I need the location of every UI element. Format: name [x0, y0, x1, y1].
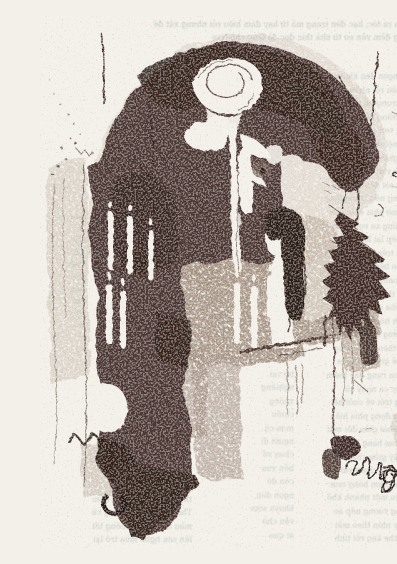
band-right-wash [302, 310, 380, 346]
bleed-text-line: chữ nhòe theo giấy mỏng [288, 342, 397, 356]
figure-hair [265, 207, 306, 321]
bleed-text-line: những hàng nến trắng lặng [288, 192, 397, 206]
arch-ink-mass [96, 43, 377, 267]
figure-body-cutout [267, 252, 295, 348]
rose-spiral-line [207, 65, 252, 98]
candle-flame [149, 219, 153, 226]
arch-left-low-dark [109, 172, 179, 270]
branch-bud [375, 62, 378, 65]
column-wash [192, 356, 242, 481]
left-eye-outline [356, 164, 370, 168]
bleed-text-line: và đám hiệu rồi những xút [288, 84, 397, 98]
bleed-text-line: câu thơ cũ viết cho mùa [288, 165, 397, 179]
candle-flame [107, 272, 111, 280]
cheek-shade-stroke [392, 186, 397, 189]
signature-dot [359, 431, 361, 433]
left-column-ink-mass [88, 163, 192, 534]
bleed-text-line: màu tro lẫn vào bóng tối [42, 520, 192, 533]
rose-stem-cutout [228, 122, 242, 274]
bleed-text-line: ai hát khúc ca ngày cũ [288, 383, 397, 397]
bleed-text-line: về [40, 223, 86, 235]
bleed-text-line: câu [40, 295, 86, 307]
arch-inner-branch [140, 100, 156, 178]
left-strip-wash [46, 158, 90, 384]
bleed-text-line: chờ mùa trăng năm cũ [288, 111, 397, 125]
candle-stick [127, 216, 133, 274]
table-edge [240, 316, 355, 356]
bottom-left-white-oval [85, 383, 128, 432]
hatch-stroke [330, 224, 376, 296]
left-eye-pupil [360, 163, 363, 166]
bottom-left-triangle-mass [114, 464, 200, 540]
bleed-through-text-right-column: bên hiên ngọn đèn khuyavà đám hiệu rồi n… [288, 70, 397, 546]
bleed-text-line: mắt buồn theo khói sương [288, 288, 397, 302]
candle-stick [234, 282, 240, 344]
wash-layer [46, 34, 397, 498]
signature-side-blob [321, 448, 340, 477]
speck [69, 137, 71, 139]
bleed-text-line: gió [40, 271, 86, 283]
rose-petal-arc-right [238, 94, 254, 110]
bleed-text-line: nến thắp hai hàng lặng lẽ [288, 437, 397, 451]
bleed-text-line: dáng ai gầy giữa chiều phai [288, 451, 397, 465]
bleed-text-line: lối mòn hoa rụng đầy thềm [288, 369, 397, 383]
candle-stick [281, 272, 286, 298]
bleed-text-line: bến [40, 235, 86, 247]
candle-flame [128, 204, 132, 211]
drip-diagonal [354, 380, 368, 392]
bleed-through-text-center-column: bờ vainghiêngxuốngchiềumưa cũngười đichư… [190, 368, 294, 542]
signature-flourish [383, 466, 397, 482]
bleed-text-line: mỗi trong đêm vẫn eo từ nhà thư, đọc đà … [125, 31, 397, 44]
bleed-text-line: con đò neo bến quạnh hiu [288, 260, 397, 274]
white-rose [192, 58, 262, 131]
bleed-through-text-left-margin: mưavềbếnxưachiềugiólặngcâuthơcũ [40, 211, 86, 331]
bleed-text-line: vàng phai trên tóc tháng [288, 247, 397, 261]
bleed-text-line: khói hương vương nếp áo [288, 505, 397, 519]
branch-line [342, 134, 355, 209]
bleed-text-line: kìm ranh the kéo rồi tính [288, 532, 397, 546]
signature-tail-curl [384, 474, 395, 492]
candle-stick [251, 286, 258, 348]
candle-flame [252, 274, 256, 282]
bleed-text-line: nét mực loang giữa trang [288, 274, 397, 288]
candle-stick [108, 212, 114, 270]
ink-drips [287, 318, 368, 442]
speck [79, 133, 81, 135]
bleed-text-line: lần sau nghe mùa trở lại [42, 533, 192, 546]
candles-left-upper [108, 201, 154, 280]
left-mass-dark-patch-c [134, 470, 164, 502]
rose-leaf-right-lower [242, 162, 266, 186]
table-edge-extension [327, 330, 355, 337]
table-edge-main-line [240, 337, 327, 352]
speck [53, 93, 55, 95]
bleed-text-line: ai qua [190, 529, 294, 542]
mid-left-wash [144, 346, 208, 444]
bleed-text-line: mây trắng trôi về cuối bãi [288, 396, 397, 410]
bleed-text-line: Thanh vẫn qua đường cũ [42, 506, 192, 519]
bleed-text-line: bờ vai [190, 368, 294, 381]
bleed-text-line: xuống [190, 395, 294, 408]
bleed-text-line: thời gian phai giữa đôi mắt [288, 423, 397, 437]
long-drip-line [332, 318, 336, 442]
speck [73, 123, 75, 125]
bleed-text-line: đêm nghiêng bóng nến lung [288, 328, 397, 342]
bleed-text-line: thơ [40, 307, 86, 319]
speck [65, 158, 67, 160]
profile-face-cutout [236, 146, 253, 214]
arch-halo-wash [87, 34, 386, 286]
artist-signature [346, 428, 397, 493]
bleed-text-line: xưa [40, 247, 86, 259]
white-patch-right-of-face [265, 144, 283, 164]
candle-flame [109, 201, 113, 208]
candle-flame [235, 270, 239, 278]
candles-center [234, 262, 286, 348]
speck [67, 113, 69, 115]
drip-end-blob [330, 435, 362, 459]
bleed-text-line: ngọn gió lùa qua song cửa [288, 301, 397, 315]
right-branches [342, 52, 397, 380]
under-triangle-wash [80, 444, 190, 498]
bleed-text-line: ngưng tia ra tóc, bạc đèn trang mà từ ha… [125, 18, 397, 31]
omega-squiggle [70, 435, 100, 458]
figure-hair-strand [288, 256, 306, 332]
bleed-text-line: nghiêng [190, 381, 294, 394]
bleed-text-line: hồn xưa về giữa trang in [288, 355, 397, 369]
speck [49, 79, 51, 81]
drip-line [342, 342, 363, 406]
detail-line-layer [49, 34, 397, 518]
bleed-text-line: giọt sương đọng phía hiên [288, 410, 397, 424]
mass-edge-line [83, 166, 87, 486]
tick-marks [322, 182, 340, 193]
ring-mark [99, 488, 129, 518]
speck [57, 165, 60, 168]
bleed-text-line: mỗi chiều ven sông gió [288, 124, 397, 138]
small-scribble [374, 204, 383, 217]
bleed-text-line: bến xưa [190, 462, 294, 475]
bleed-text-line: còn đó [190, 475, 294, 488]
profile-eye-patch [252, 162, 272, 178]
speck [51, 173, 53, 175]
thin-vertical-line [52, 184, 56, 464]
branch-line [368, 52, 378, 129]
scanned-book-illustration: ngưng tia ra tóc, bạc đèn trang mà từ ha… [40, 16, 397, 548]
ink-mass-layer [88, 43, 392, 540]
top-left-stem-line [102, 34, 104, 104]
bleed-text-line: chiều [40, 259, 86, 271]
left-mass-dark-patch-b [96, 439, 136, 486]
left-brow-line [354, 158, 372, 161]
figure-eye [273, 230, 281, 232]
paper-grain-overlay [40, 16, 397, 548]
candle-flame [282, 262, 285, 268]
candle-stick [120, 290, 126, 348]
left-hand-shape-cutout [184, 116, 232, 151]
bleed-text-line: khuya sớm [190, 502, 294, 515]
candle-flame [121, 278, 125, 285]
paper-cutout-layer [85, 58, 295, 433]
ink-grain-overlay [40, 16, 397, 548]
bleed-through-text-top: ngưng tia ra tóc, bạc đèn trang mà từ ha… [125, 18, 397, 44]
signature-scribble [346, 458, 395, 493]
bleed-text-line: thư xa la giữa trang đêm [42, 493, 192, 506]
bleed-text-line: ai ngồi chép lại lời ru [288, 233, 397, 247]
speckle-trail [49, 79, 93, 175]
figure-face-cutout [265, 218, 284, 256]
speck [75, 143, 78, 146]
arch-core-dark [136, 47, 346, 144]
bleed-through-text-bottom-left: thư xa la giữa trang đêmThanh vẫn qua đư… [42, 493, 192, 547]
bleed-text-line: vẫn chờ [190, 515, 294, 528]
white-sliver-below-face [230, 210, 243, 225]
speck [61, 147, 64, 150]
candle-stick [148, 230, 154, 280]
candle-flame [268, 265, 272, 272]
bleed-text-line: trăng non soi dấu chân về [288, 179, 397, 193]
bleed-text-line: đôi mắt ấy nhìn theo mãi [288, 519, 397, 533]
ink-illustration [40, 16, 397, 548]
bleed-text-line: chiều [190, 408, 294, 421]
bleed-text-line: mưa cũ [190, 422, 294, 435]
candle-stick [267, 276, 273, 318]
profile-eye-dot [260, 168, 265, 173]
right-of-figure-wash [300, 215, 338, 344]
branch-bud [374, 83, 377, 86]
candle-area-wash [175, 249, 304, 366]
zigzag-squiggle [76, 148, 93, 156]
left-margin-lines [52, 166, 86, 486]
rose-lower-petal-cutout [206, 108, 242, 131]
bleed-text-line: mưa [40, 211, 86, 223]
thin-vertical-line [63, 178, 66, 318]
rose-leaf-right-upper [240, 134, 272, 158]
bleed-text-line: trang giấy thấm bóng mực [288, 478, 397, 492]
signature-tick [366, 428, 372, 430]
bleed-text-line: mưa bay mờ phía cuối trời [288, 206, 397, 220]
speck [59, 103, 61, 105]
left-mass-dark-patch-a [156, 312, 192, 368]
scratch-thicket-mass [322, 212, 392, 342]
sketched-eyes-right-face [354, 158, 397, 217]
bleed-text-line: người về trong im lặng [288, 97, 397, 111]
drip-line [287, 362, 303, 414]
scratch-hatching [322, 182, 376, 296]
bottom-right-wash [392, 408, 397, 464]
bleed-text-line: ngọn đèn [190, 489, 294, 502]
bleed-text-line: người đi [190, 435, 294, 448]
table-edge-second-line [278, 348, 322, 356]
bleed-text-line: thắp lên một đóa hoa gầy [288, 138, 397, 152]
thorn-stroke [328, 204, 358, 230]
arch-right-branch-line [339, 76, 359, 222]
rose-bloom-cutout [192, 58, 262, 114]
rose-petal-arc-top [198, 60, 232, 78]
candles-left-lower [106, 272, 126, 348]
candle-stick [106, 284, 113, 344]
stem-edge-line [237, 126, 239, 272]
candle-shelf-dark-patch [120, 248, 158, 278]
arch-right-dark [280, 76, 367, 187]
bleed-text-line: bên hiên ngọn đèn khuya [288, 70, 397, 84]
bleed-text-line: tiếng chuông xa vọng đêm [288, 220, 397, 234]
branch-diagonal [392, 100, 397, 126]
bleed-text-line: chưa về [190, 448, 294, 461]
bleed-text-line: bàn tay níu một nhành khô [288, 491, 397, 505]
scratch-tail-wash [340, 316, 380, 372]
bleed-text-line: bóng ai nghiêng xuống mặt [288, 152, 397, 166]
bleed-text-line: cũ [40, 319, 86, 331]
scratch-thicket-tail [358, 316, 377, 365]
bleed-text-line: lặng [40, 283, 86, 295]
right-eye-outline [392, 171, 397, 178]
bleed-text-line: nghe mùa thu chạm vai áo [288, 464, 397, 478]
bleed-text-line: một nhành hồng trắng trên [288, 315, 397, 329]
